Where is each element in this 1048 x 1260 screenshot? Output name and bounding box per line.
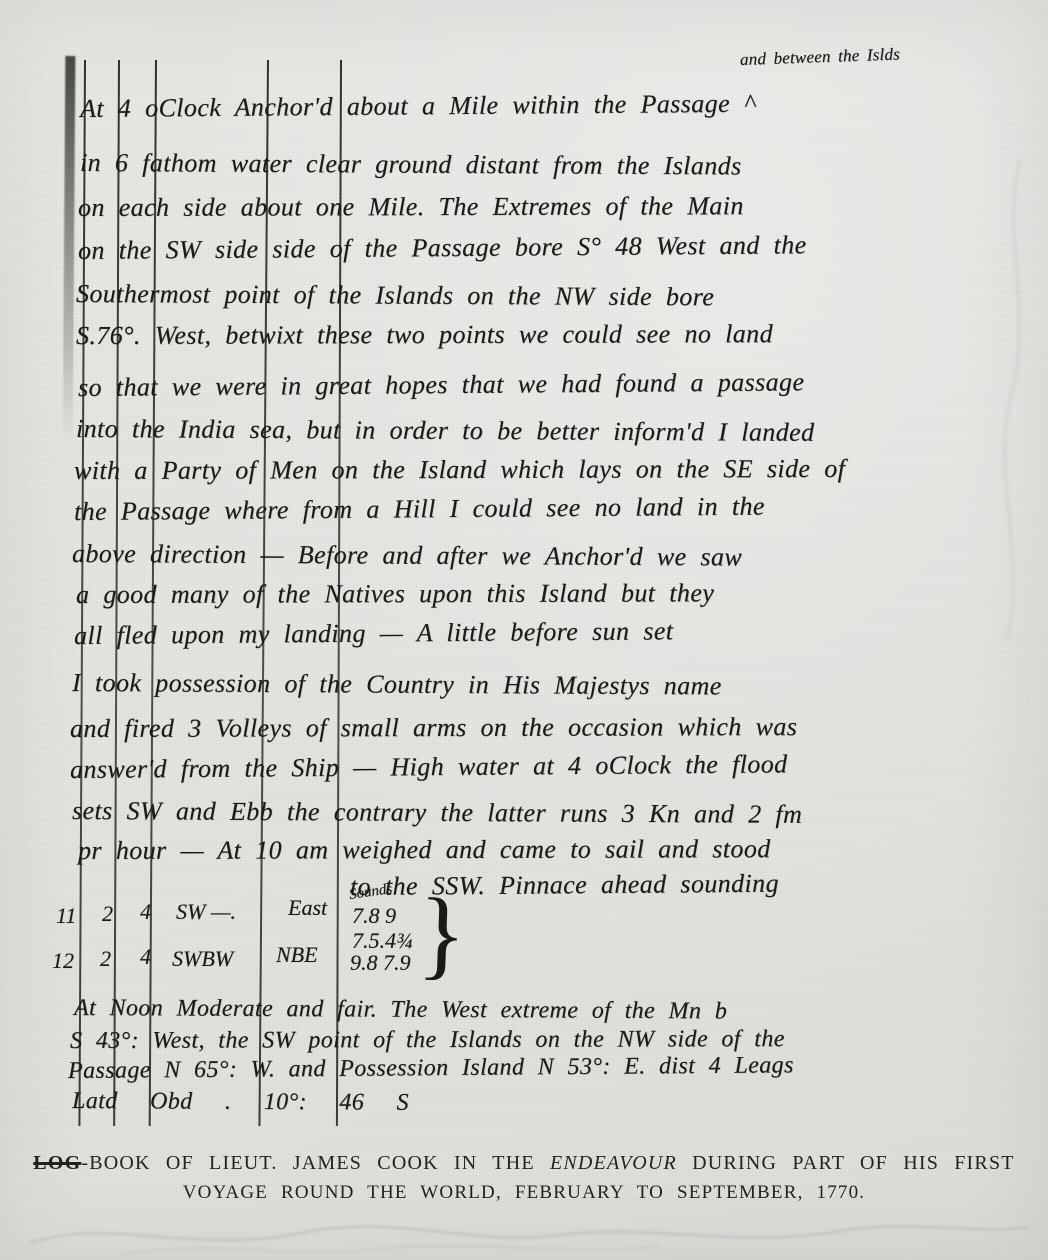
soundings-brace: }	[416, 883, 467, 985]
table-sounding: 7.8 9	[352, 903, 396, 929]
manuscript-line: and fired 3 Volleys of small arms on the…	[70, 712, 797, 744]
table-wind: NBE	[276, 942, 318, 968]
table-course: SW —.	[176, 899, 236, 925]
caption-ship-name: ENDEAVOUR	[550, 1152, 677, 1174]
show-through-marks	[0, 1205, 1048, 1260]
manuscript-line: a good many of the Natives upon this Isl…	[76, 578, 714, 610]
interline-insertion-note: and between the Islds	[740, 44, 901, 70]
table-wind: East	[288, 895, 327, 921]
manuscript-line: on each side about one Mile. The Extreme…	[78, 191, 744, 223]
table-hour: 11	[56, 903, 76, 929]
manuscript-line: Passage N 65°: W. and Possession Island …	[68, 1052, 794, 1085]
manuscript-line: in 6 fathom water clear ground distant f…	[80, 148, 742, 181]
logbook-page-scan: and between the Islds At 4 oClock Anchor…	[0, 0, 1048, 1260]
table-fathoms: 4	[140, 899, 151, 925]
manuscript-line: into the India sea, but in order to be b…	[76, 414, 815, 448]
table-knots: 2	[102, 901, 113, 927]
table-fathoms: 4	[140, 944, 151, 970]
manuscript-line: above direction — Before and after we An…	[72, 539, 742, 573]
manuscript-line: to the SSW. Pinnace ahead sounding	[350, 869, 779, 902]
table-hour: 12	[52, 948, 74, 974]
latitude-line: Latd Obd . 10°: 46 S	[72, 1088, 409, 1117]
manuscript-line: I took possession of the Country in His …	[72, 668, 722, 701]
manuscript-line: so that we were in great hopes that we h…	[78, 367, 805, 403]
printed-caption: LOG-BOOK OF LIEUT. JAMES COOK IN THE END…	[0, 1152, 1048, 1204]
caption-text: -BOOK OF LIEUT. JAMES COOK IN THE	[81, 1152, 534, 1174]
show-through-marks	[980, 150, 1048, 650]
manuscript-line: At Noon Moderate and fair. The West extr…	[74, 995, 727, 1025]
left-edge-smudge	[63, 56, 76, 446]
manuscript-line: S.76°. West, betwixt these two points we…	[76, 319, 773, 351]
manuscript-line: pr hour — At 10 am weighed and came to s…	[78, 834, 771, 866]
manuscript-line: Southermost point of the Islands on the …	[76, 279, 714, 312]
manuscript-line: At 4 oClock Anchor'd about a Mile within…	[80, 89, 755, 124]
manuscript-line: sets SW and Ebb the contrary the latter …	[72, 796, 802, 830]
table-course: SWBW	[172, 946, 233, 972]
caption-line-1: LOG-BOOK OF LIEUT. JAMES COOK IN THE END…	[0, 1152, 1048, 1175]
caption-line-2: VOYAGE ROUND THE WORLD, FEBRUARY TO SEPT…	[0, 1182, 1048, 1204]
manuscript-line: the Passage where from a Hill I could se…	[74, 492, 765, 527]
manuscript-line: answer'd from the Ship — High water at 4…	[70, 749, 788, 785]
manuscript-line: on the SW side side of the Passage bore …	[78, 230, 807, 266]
table-sounding: 9.8 7.9	[350, 950, 411, 976]
manuscript-line: S 43°: West, the SW point of the Islands…	[70, 1026, 785, 1055]
caption-struck-word: LOG	[33, 1152, 81, 1174]
manuscript-line: with a Party of Men on the Island which …	[74, 454, 845, 486]
manuscript-line: all fled upon my landing — A little befo…	[74, 616, 674, 651]
table-knots: 2	[100, 946, 111, 972]
caption-text: DURING PART OF HIS FIRST	[692, 1152, 1015, 1174]
